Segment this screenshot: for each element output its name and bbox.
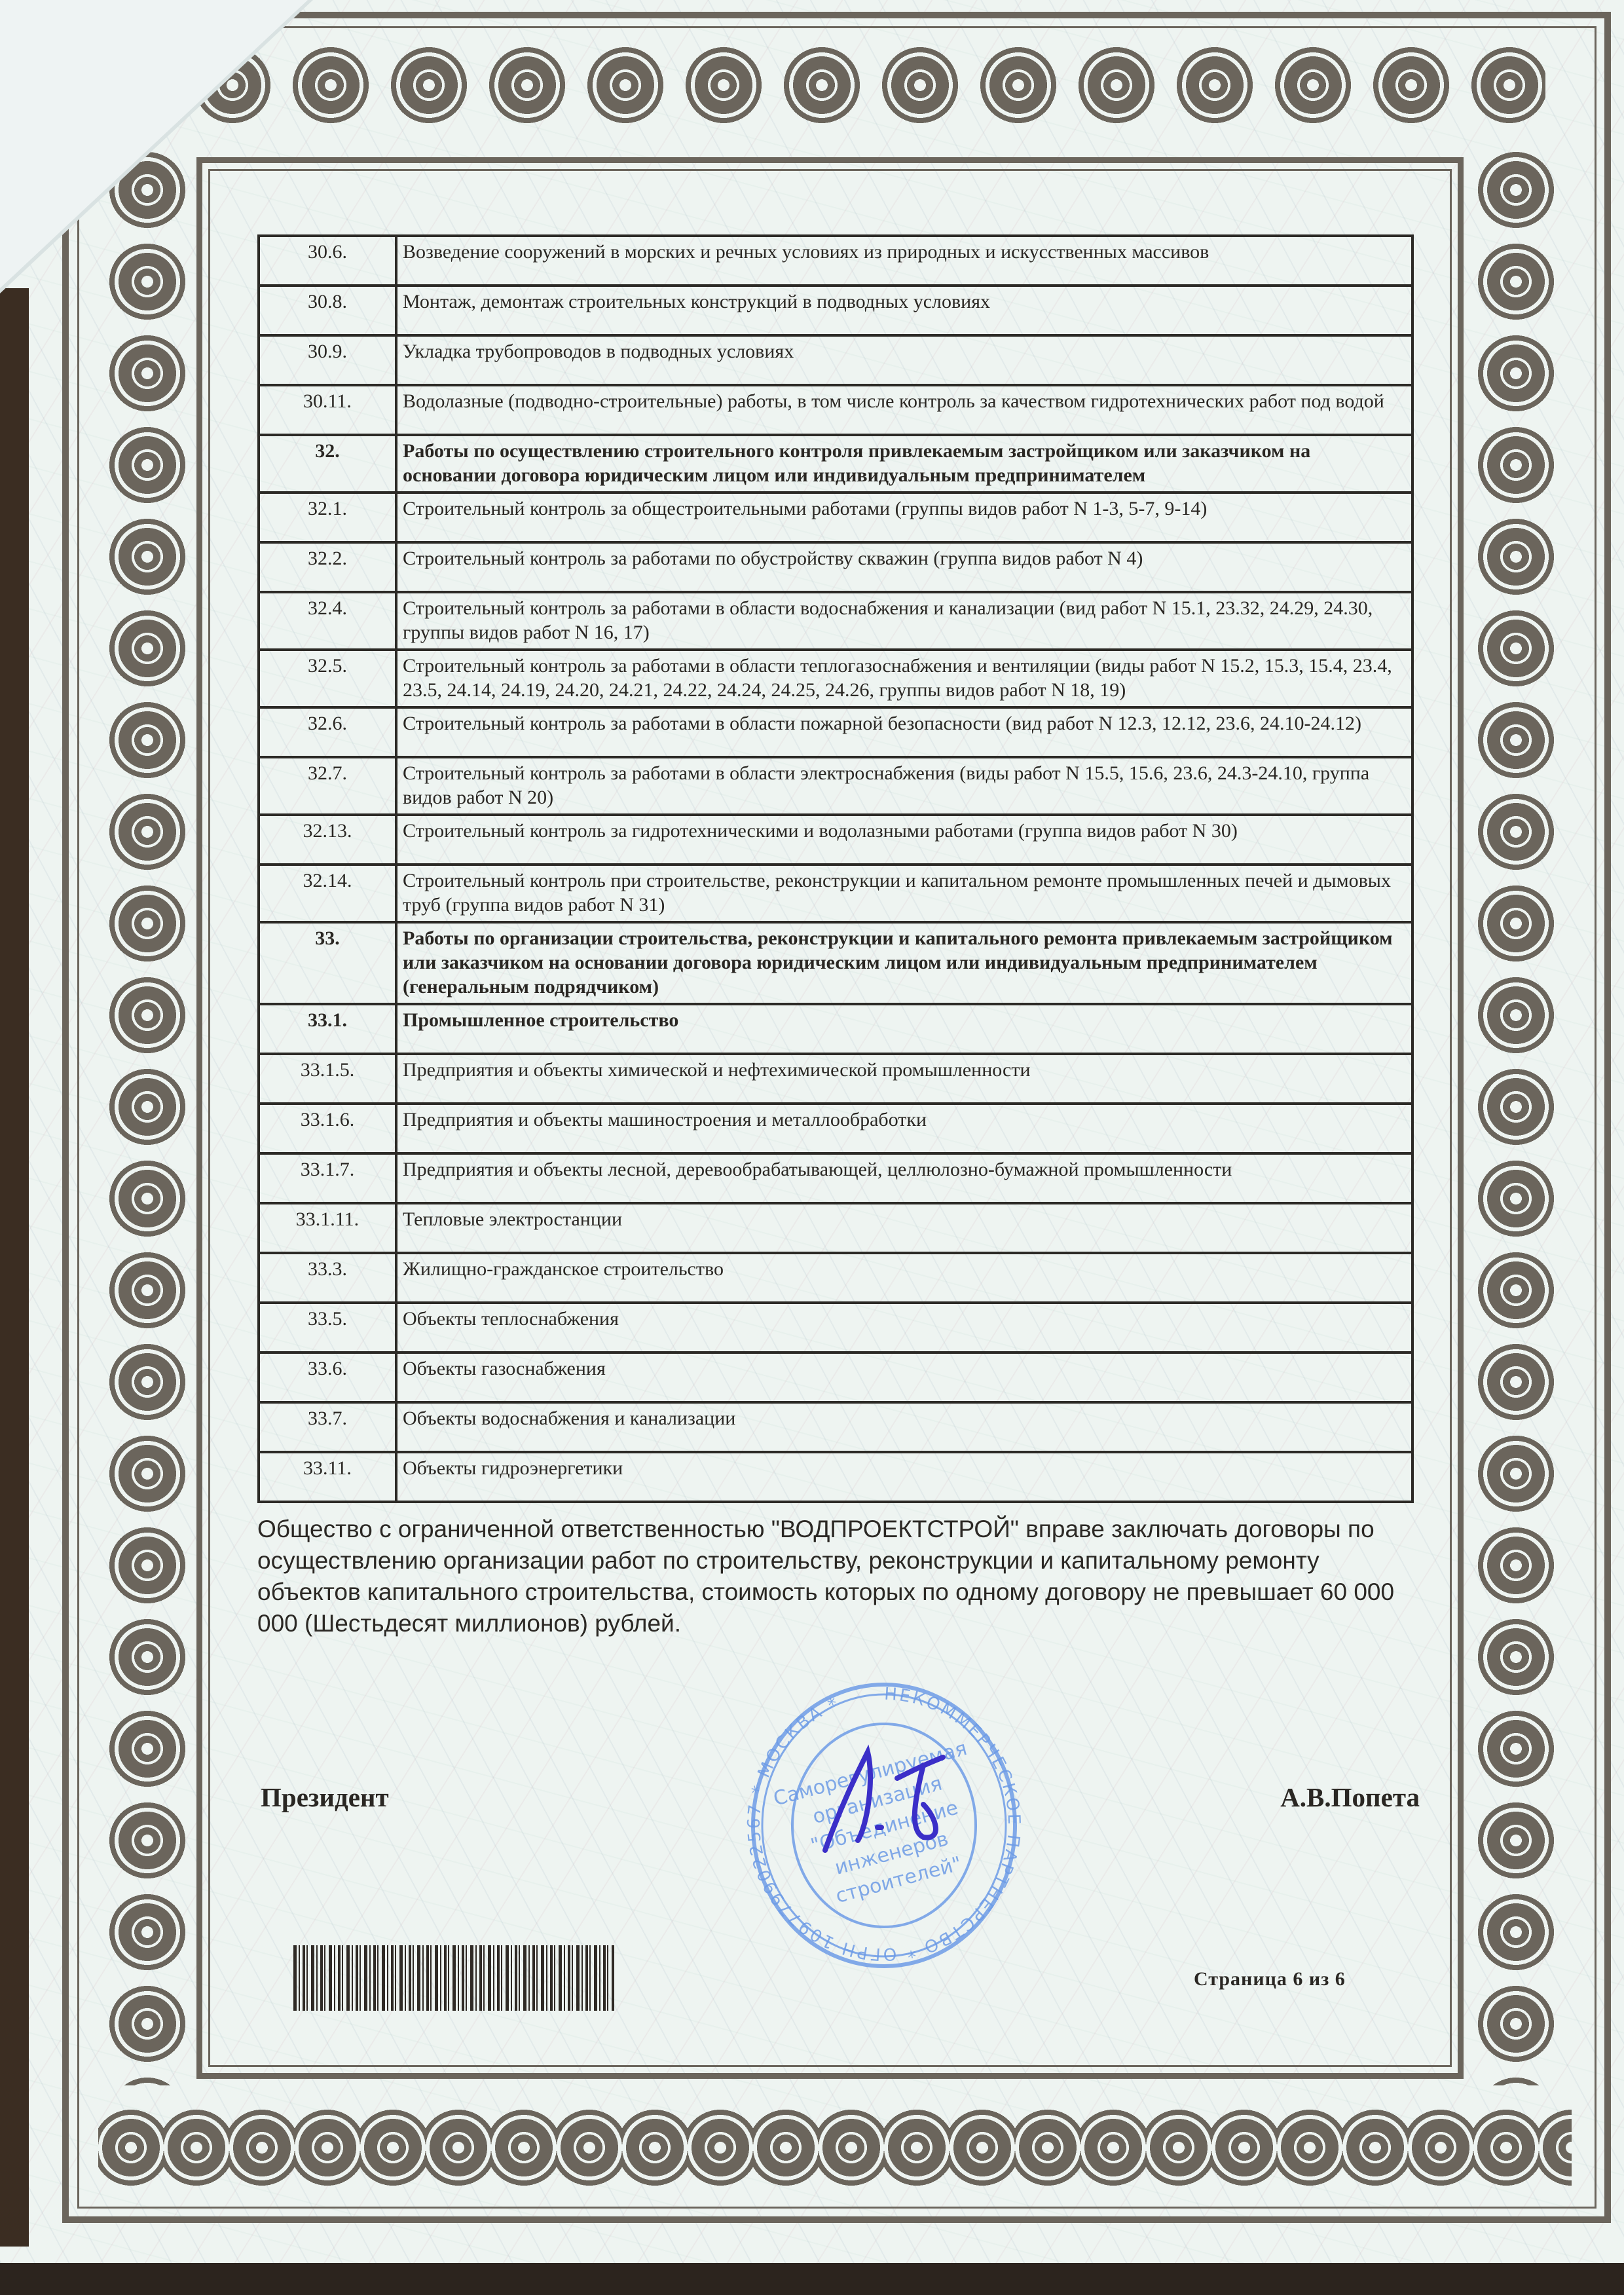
work-description: Объекты теплоснабжения <box>396 1303 1412 1353</box>
work-code: 33.1.5. <box>259 1054 396 1104</box>
work-description: Монтаж, демонтаж строительных конструкци… <box>396 286 1412 335</box>
table-row: 32.14.Строительный контроль при строител… <box>259 865 1412 922</box>
table-row: 33.3.Жилищно-гражданское строительство <box>259 1253 1412 1303</box>
table-row: 32.4.Строительный контроль за работами в… <box>259 592 1412 650</box>
work-description: Работы по осуществлению строительного ко… <box>396 435 1412 493</box>
work-code: 32. <box>259 435 396 493</box>
work-description: Строительный контроль за работами в обла… <box>396 592 1412 650</box>
work-code: 32.4. <box>259 592 396 650</box>
work-code: 33.7. <box>259 1402 396 1452</box>
work-code: 32.6. <box>259 707 396 757</box>
seal-stamp: НЕКОММЕРЧЕСКОЕ ПАРТНЕРСТВО * ОГРН 109779… <box>727 1673 1041 1978</box>
work-description: Предприятия и объекты машиностроения и м… <box>396 1104 1412 1153</box>
work-code: 33.1.7. <box>259 1153 396 1203</box>
rosette-border-right <box>1467 144 1565 2085</box>
table-row: 33.1.6.Предприятия и объекты машинострое… <box>259 1104 1412 1153</box>
table-row: 33.1.7.Предприятия и объекты лесной, дер… <box>259 1153 1412 1203</box>
certificate-content: 30.6.Возведение сооружений в морских и р… <box>257 234 1414 1639</box>
work-description: Строительный контроль за работами по обу… <box>396 542 1412 592</box>
table-row: 30.9.Укладка трубопроводов в подводных у… <box>259 335 1412 385</box>
work-code: 33.6. <box>259 1353 396 1402</box>
contract-limit-statement: Общество с ограниченной ответственностью… <box>257 1514 1423 1639</box>
table-row: 32.13.Строительный контроль за гидротехн… <box>259 815 1412 865</box>
table-row: 32.Работы по осуществлению строительного… <box>259 435 1412 493</box>
signatory-name: А.В.Попета <box>1280 1782 1420 1813</box>
work-description: Объекты газоснабжения <box>396 1353 1412 1402</box>
work-code: 33.1.11. <box>259 1203 396 1253</box>
work-description: Возведение сооружений в морских и речных… <box>396 236 1412 286</box>
work-code: 33.1. <box>259 1004 396 1054</box>
table-row: 33.Работы по организации строительства, … <box>259 922 1412 1004</box>
table-row: 33.1.5.Предприятия и объекты химической … <box>259 1054 1412 1104</box>
work-description: Строительный контроль за работами в обла… <box>396 707 1412 757</box>
work-description: Предприятия и объекты химической и нефте… <box>396 1054 1412 1104</box>
scanner-background-bottom <box>0 2263 1624 2295</box>
work-code: 33.5. <box>259 1303 396 1353</box>
work-description: Водолазные (подводно-строительные) работ… <box>396 385 1412 435</box>
table-row: 33.1.11.Тепловые электростанции <box>259 1203 1412 1253</box>
rosette-border-bottom <box>98 2099 1572 2197</box>
work-description: Строительный контроль за гидротехнически… <box>396 815 1412 865</box>
work-code: 33.11. <box>259 1452 396 1502</box>
table-row: 32.7.Строительный контроль за работами в… <box>259 757 1412 815</box>
table-row: 30.6.Возведение сооружений в морских и р… <box>259 236 1412 286</box>
work-description: Тепловые электростанции <box>396 1203 1412 1253</box>
table-row: 33.11.Объекты гидроэнергетики <box>259 1452 1412 1502</box>
work-description: Предприятия и объекты лесной, деревообра… <box>396 1153 1412 1203</box>
table-row: 32.1.Строительный контроль за общестроит… <box>259 493 1412 542</box>
seal-icon: НЕКОММЕРЧЕСКОЕ ПАРТНЕРСТВО * ОГРН 109779… <box>727 1673 1041 1978</box>
table-row: 30.11.Водолазные (подводно-строительные)… <box>259 385 1412 435</box>
signatory-title: Президент <box>261 1782 389 1813</box>
table-row: 33.6.Объекты газоснабжения <box>259 1353 1412 1402</box>
work-description: Промышленное строительство <box>396 1004 1412 1054</box>
table-row: 32.6.Строительный контроль за работами в… <box>259 707 1412 757</box>
work-code: 30.11. <box>259 385 396 435</box>
work-code: 33.3. <box>259 1253 396 1303</box>
page-number: Страница 6 из 6 <box>1194 1968 1346 1990</box>
work-code: 33. <box>259 922 396 1004</box>
work-code: 30.8. <box>259 286 396 335</box>
work-description: Жилищно-гражданское строительство <box>396 1253 1412 1303</box>
work-code: 32.13. <box>259 815 396 865</box>
table-row: 33.1.Промышленное строительство <box>259 1004 1412 1054</box>
rosette-border-left <box>98 144 196 2085</box>
work-description: Объекты водоснабжения и канализации <box>396 1402 1412 1452</box>
work-code: 30.9. <box>259 335 396 385</box>
rosette-border-top <box>98 36 1545 134</box>
table-row: 32.2.Строительный контроль за работами п… <box>259 542 1412 592</box>
scanner-background-left <box>0 288 29 2247</box>
work-description: Работы по организации строительства, рек… <box>396 922 1412 1004</box>
work-description: Строительный контроль за работами в обла… <box>396 650 1412 707</box>
work-code: 32.2. <box>259 542 396 592</box>
barcode <box>293 1945 614 2011</box>
table-row: 30.8.Монтаж, демонтаж строительных конст… <box>259 286 1412 335</box>
table-row: 33.7.Объекты водоснабжения и канализации <box>259 1402 1412 1452</box>
work-code: 33.1.6. <box>259 1104 396 1153</box>
work-code: 32.7. <box>259 757 396 815</box>
works-table: 30.6.Возведение сооружений в морских и р… <box>257 234 1414 1503</box>
work-description: Объекты гидроэнергетики <box>396 1452 1412 1502</box>
work-description: Укладка трубопроводов в подводных услови… <box>396 335 1412 385</box>
work-description: Строительный контроль за работами в обла… <box>396 757 1412 815</box>
table-row: 33.5.Объекты теплоснабжения <box>259 1303 1412 1353</box>
work-code: 32.1. <box>259 493 396 542</box>
work-description: Строительный контроль при строительстве,… <box>396 865 1412 922</box>
work-code: 32.14. <box>259 865 396 922</box>
work-code: 32.5. <box>259 650 396 707</box>
table-row: 32.5.Строительный контроль за работами в… <box>259 650 1412 707</box>
work-description: Строительный контроль за общестроительны… <box>396 493 1412 542</box>
work-code: 30.6. <box>259 236 396 286</box>
